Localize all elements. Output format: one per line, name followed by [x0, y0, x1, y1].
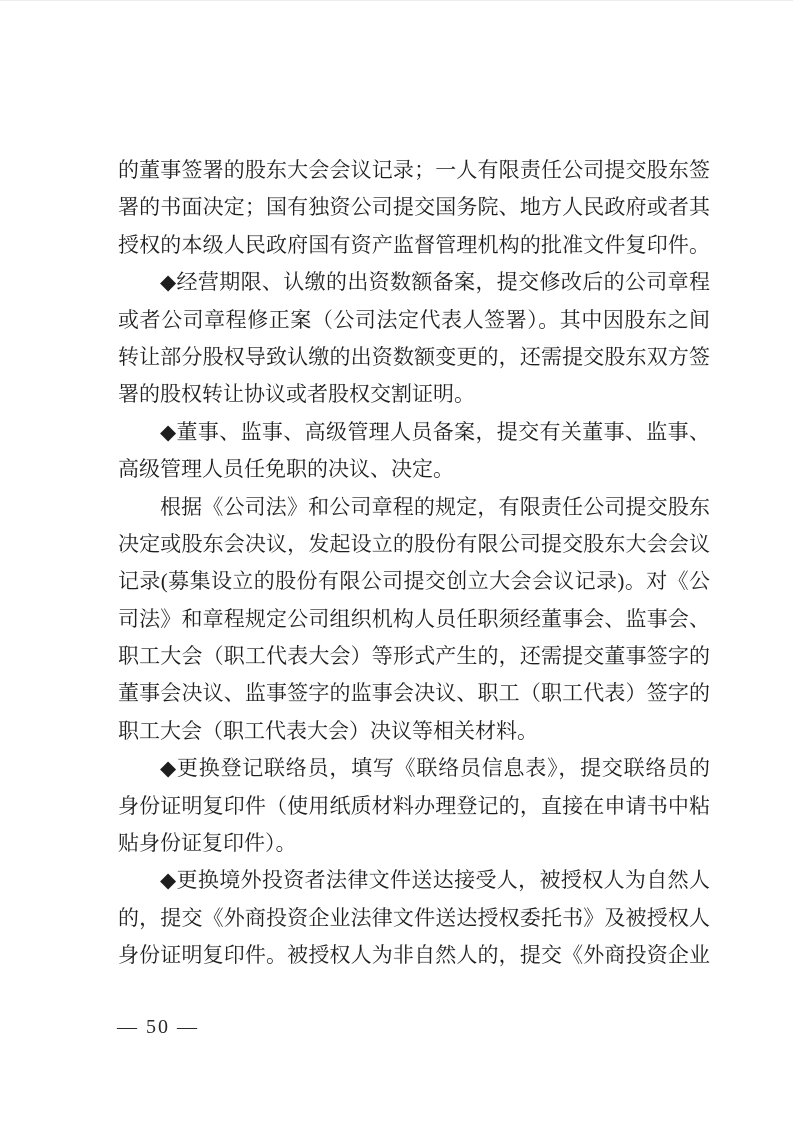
- paragraph: 根据《公司法》和公司章程的规定，有限责任公司提交股东决定或股东会决议，发起设立的…: [118, 489, 710, 751]
- document-body: 的董事签署的股东大会会议记录；一人有限责任公司提交股东签署的书面决定；国有独资公…: [118, 152, 710, 975]
- scan-edge-artifact: [0, 0, 793, 1]
- text-line: 董事会决议、监事签字的监事会决议、职工（职工代表）签字的: [118, 675, 710, 712]
- text-line: 决定或股东会决议，发起设立的股份有限公司提交股东大会会议: [118, 526, 710, 563]
- text-line: 的，提交《外商投资企业法律文件送达授权委托书》及被授权人: [118, 900, 710, 937]
- text-line: 司法》和章程规定公司组织机构人员任职须经董事会、监事会、: [118, 601, 710, 638]
- text-line: 根据《公司法》和公司章程的规定，有限责任公司提交股东: [118, 489, 710, 526]
- text-line: 转让部分股权导致认缴的出资数额变更的，还需提交股东双方签: [118, 339, 710, 376]
- text-line: 职工大会（职工代表大会）决议等相关材料。: [118, 713, 710, 750]
- text-line: 记录(募集设立的股份有限公司提交创立大会会议记录)。对《公: [118, 563, 710, 600]
- text-line: 贴身份证复印件）。: [118, 825, 710, 862]
- text-line: 的董事签署的股东大会会议记录；一人有限责任公司提交股东签: [118, 152, 710, 189]
- paragraph: ◆经营期限、认缴的出资数额备案，提交修改后的公司章程或者公司章程修正案（公司法定…: [118, 264, 710, 414]
- paragraph: ◆董事、监事、高级管理人员备案，提交有关董事、监事、高级管理人员任免职的决议、决…: [118, 414, 710, 489]
- page-footer: — 50 —: [117, 1012, 199, 1042]
- paragraph: ◆更换境外投资者法律文件送达接受人，被授权人为自然人的，提交《外商投资企业法律文…: [118, 862, 710, 974]
- page-number: — 50 —: [117, 1016, 199, 1038]
- text-line: 授权的本级人民政府国有资产监督管理机构的批准文件复印件。: [118, 227, 710, 264]
- paragraph: 的董事签署的股东大会会议记录；一人有限责任公司提交股东签署的书面决定；国有独资公…: [118, 152, 710, 264]
- text-line: 身份证明复印件。被授权人为非自然人的，提交《外商投资企业: [118, 937, 710, 974]
- text-line: ◆经营期限、认缴的出资数额备案，提交修改后的公司章程: [118, 264, 710, 301]
- text-line: 高级管理人员任免职的决议、决定。: [118, 451, 710, 488]
- text-line: 或者公司章程修正案（公司法定代表人签署）。其中因股东之间: [118, 302, 710, 339]
- text-line: 职工大会（职工代表大会）等形式产生的，还需提交董事签字的: [118, 638, 710, 675]
- text-line: ◆更换登记联络员，填写《联络员信息表》，提交联络员的: [118, 750, 710, 787]
- text-line: 署的书面决定；国有独资公司提交国务院、地方人民政府或者其: [118, 189, 710, 226]
- paragraph: ◆更换登记联络员，填写《联络员信息表》，提交联络员的身份证明复印件（使用纸质材料…: [118, 750, 710, 862]
- text-line: ◆董事、监事、高级管理人员备案，提交有关董事、监事、: [118, 414, 710, 451]
- text-line: 署的股权转让协议或者股权交割证明。: [118, 376, 710, 413]
- text-line: 身份证明复印件（使用纸质材料办理登记的，直接在申请书中粘: [118, 788, 710, 825]
- document-page: 的董事签署的股东大会会议记录；一人有限责任公司提交股东签署的书面决定；国有独资公…: [0, 0, 793, 1122]
- text-line: ◆更换境外投资者法律文件送达接受人，被授权人为自然人: [118, 862, 710, 899]
